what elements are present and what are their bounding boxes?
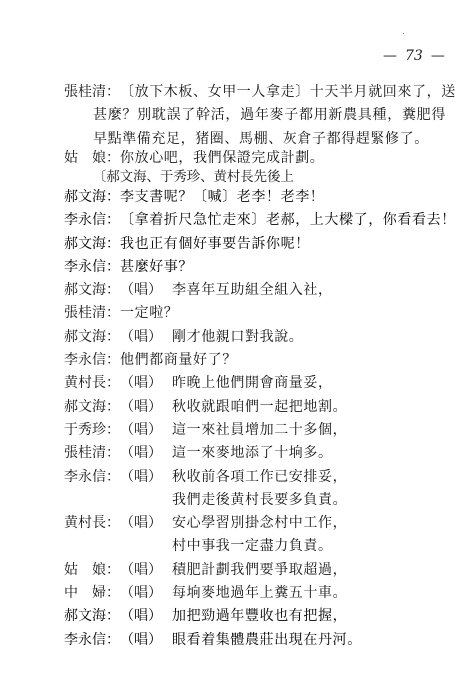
sing-mark: （唱） (120, 442, 172, 465)
lyric-text: 積肥計劃我們要爭取超過， (172, 562, 347, 578)
sing-mark: （唱） (120, 279, 172, 302)
speaker-label: 于秀珍： (64, 419, 120, 442)
speaker-label: 郝文海： (64, 186, 120, 209)
dialogue-line: 李永信：甚麼好事？ (64, 256, 446, 279)
lyric-text: 昨晚上他們開會商量妥， (172, 375, 333, 391)
sung-line: 姑 娘：（唱）積肥計劃我們要爭取超過， (64, 559, 446, 582)
sung-line: 黄村長：（唱）安心學習別掛念村中工作， (64, 512, 446, 535)
speaker-label: 郝文海： (64, 233, 120, 256)
sung-line: 張桂清：（唱）這一來麥地添了十垧多。 (64, 442, 446, 465)
sung-line: 李永信：（唱）眼看着集體農莊出現在丹河。 (64, 629, 446, 652)
sing-mark: （唱） (120, 629, 172, 652)
dialogue-line: 李永信：〔拿着折尺急忙走來〕老郝，上大樑了，你看看去！ (64, 209, 446, 232)
dialogue-text: 甚麼？別耽誤了幹活，過年麥子都用新農具種，糞肥得 (93, 107, 446, 123)
speaker-label: 張桂清： (64, 442, 120, 465)
sung-line: 郝文海：（唱）李喜年互助組全組入社， (64, 279, 446, 302)
speaker-label: 張桂清： (64, 302, 120, 325)
page-number-value: 73 (405, 48, 423, 64)
dialogue-text: 〔拿着折尺急忙走來〕老郝，上大樑了，你看看去！ (120, 212, 456, 228)
sing-mark: （唱） (120, 419, 172, 442)
speaker-label: 黄村長： (64, 512, 120, 535)
speaker-label: 黄村長： (64, 372, 120, 395)
page-number-dash-left: — (383, 48, 397, 64)
lyric-text: 我們走後黄村長要多負責。 (172, 492, 347, 508)
dialogue-line: 李永信：他們都商量好了？ (64, 349, 446, 372)
speaker-label: 李永信： (64, 466, 120, 489)
speaker-label: 張桂清： (64, 81, 120, 104)
lyric-text: 安心學習別掛念村中工作， (172, 515, 347, 531)
dialogue-line: 郝文海：李支書呢？〔喊〕老李！老李！ (64, 186, 446, 209)
lyric-text: 每垧麥地過年上糞五十車。 (172, 585, 347, 601)
speaker-label: 李永信： (64, 256, 120, 279)
lyric-text: 眼看着集體農莊出現在丹河。 (172, 632, 362, 648)
sing-mark: （唱） (120, 605, 172, 628)
dialogue-text: 你放心吧，我們保證完成計劃。 (120, 150, 324, 166)
sung-continuation-line: 村中事我一定盡力負責。 (64, 535, 446, 558)
sung-line: 郝文海：（唱）加把勁過年豐收也有把握， (64, 605, 446, 628)
speaker-label: 郝文海： (64, 605, 120, 628)
sung-line: 黄村長：（唱）昨晚上他們開會商量妥， (64, 372, 446, 395)
dialogue-text: 早點準備充足，猪圈、馬棚、灰倉子都得趕緊修了。 (93, 131, 429, 147)
speaker-label: 李永信： (64, 349, 120, 372)
dialogue-text: 他們都商量好了？ (120, 352, 237, 368)
lyric-text: 村中事我一定盡力負責。 (172, 538, 333, 554)
page-number-dash-right: — (431, 48, 445, 64)
sung-line: 于秀珍：（唱）這一來社員增加二十多個， (64, 419, 446, 442)
dialogue-line: 張桂清：〔放下木板、女甲一人拿走〕十天半月就回來了，送 (64, 81, 446, 104)
script-body: 張桂清：〔放下木板、女甲一人拿走〕十天半月就回來了，送 甚麼？別耽誤了幹活，過年… (64, 81, 446, 652)
sung-line: 郝文海：（唱）秋收就跟咱們一起把地割。 (64, 396, 446, 419)
sing-mark: （唱） (120, 326, 172, 349)
sing-mark: （唱） (120, 396, 172, 419)
dialogue-text: 一定啦？ (120, 305, 178, 321)
lyric-text: 這一來社員增加二十多個， (172, 422, 347, 438)
sing-mark: （唱） (120, 512, 172, 535)
page-number: —73— (383, 47, 445, 65)
lyric-text: 加把勁過年豐收也有把握， (172, 608, 347, 624)
sung-line: 李永信：（唱）秋收前各項工作已安排妥， (64, 466, 446, 489)
sung-line: 郝文海：（唱）剛才他親口對我說。 (64, 326, 446, 349)
dialogue-text: 甚麼好事？ (120, 259, 193, 275)
lyric-text: 這一來麥地添了十垧多。 (172, 445, 333, 461)
lyric-text: 剛才他親口對我說。 (172, 329, 303, 345)
sing-mark: （唱） (120, 372, 172, 395)
dialogue-text: 〔放下木板、女甲一人拿走〕十天半月就回來了，送 (120, 84, 456, 100)
speaker-label: 李永信： (64, 209, 120, 232)
speaker-label: 郝文海： (64, 326, 120, 349)
sung-line: 中 婦：（唱）每垧麥地過年上糞五十車。 (64, 582, 446, 605)
speaker-label: 姑 娘： (64, 559, 120, 582)
speaker-label: 郝文海： (64, 396, 120, 419)
dialogue-text: 我也正有個好事要告訴你呢！ (120, 236, 310, 252)
sung-continuation-line: 我們走後黄村長要多負責。 (64, 489, 446, 512)
sing-mark: （唱） (120, 559, 172, 582)
sing-mark: （唱） (120, 466, 172, 489)
dialogue-line: 張桂清：一定啦？ (64, 302, 446, 325)
speaker-label: 李永信： (64, 629, 120, 652)
lyric-text: 李喜年互助組全組入社， (172, 282, 333, 298)
stage-direction-text: 〔郝文海、于秀珍、黄村長先後上 (93, 170, 294, 185)
continuation-line: 甚麼？別耽誤了幹活，過年麥子都用新農具種，糞肥得 (64, 104, 446, 127)
scan-speck (403, 33, 404, 34)
dialogue-line: 郝文海：我也正有個好事要告訴你呢！ (64, 233, 446, 256)
lyric-text: 秋收前各項工作已安排妥， (172, 469, 347, 485)
speaker-label: 中 婦： (64, 582, 120, 605)
lyric-text: 秋收就跟咱們一起把地割。 (172, 399, 347, 415)
dialogue-text: 李支書呢？〔喊〕老李！老李！ (120, 189, 324, 205)
sing-mark: （唱） (120, 582, 172, 605)
speaker-label: 郝文海： (64, 279, 120, 302)
